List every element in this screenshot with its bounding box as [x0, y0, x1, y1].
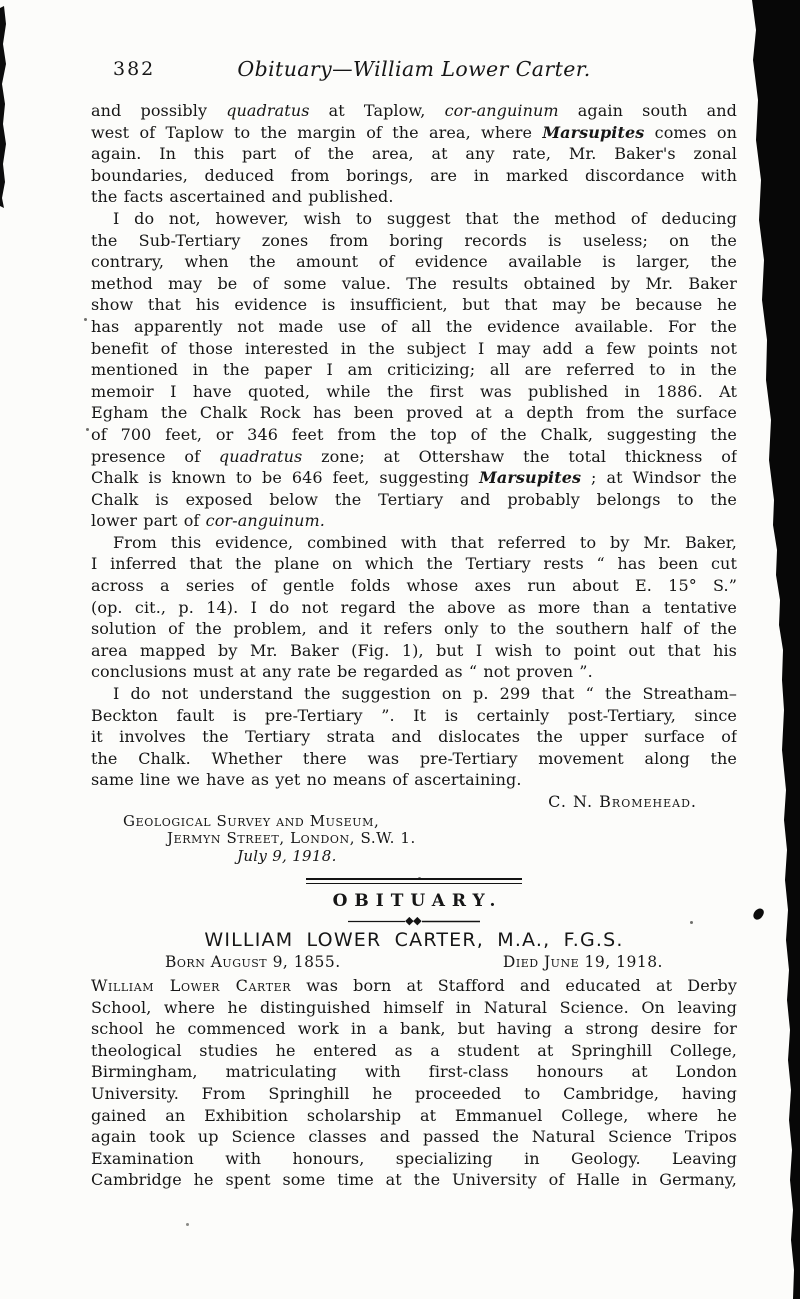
obituary-section-title: OBITUARY.: [91, 891, 737, 911]
text-line: William Lower Carter was born at Staffor…: [91, 975, 737, 997]
text-line: has apparently not made use of all the e…: [91, 316, 737, 338]
section-divider-double-rule: [306, 878, 522, 884]
text-line: conclusions must at any rate be regarded…: [91, 661, 737, 683]
text-line: solution of the problem, and it refers o…: [91, 618, 737, 640]
text-line: theological studies he entered as a stud…: [91, 1040, 737, 1062]
address-block: Geological Survey and Museum, Jermyn Str…: [91, 813, 737, 866]
text-line: the facts ascertained and published.: [91, 186, 737, 208]
address-line: Jermyn Street, London, S.W. 1.: [91, 830, 737, 848]
text-line: contrary, when the amount of evidence av…: [91, 251, 737, 273]
text-line: Chalk is exposed below the Tertiary and …: [91, 489, 737, 511]
ink-speck: [84, 318, 87, 321]
text-line: Examination with honours, specializing i…: [91, 1148, 737, 1170]
text-line: across a series of gentle folds whose ax…: [91, 575, 737, 597]
ornament-rule: [91, 916, 737, 925]
text-line: gained an Exhibition scholarship at Emma…: [91, 1105, 737, 1127]
text-column: 382 Obituary—William Lower Carter. and p…: [91, 57, 737, 1191]
text-line: it involves the Tertiary strata and disl…: [91, 726, 737, 748]
text-line: the Chalk. Whether there was pre-Tertiar…: [91, 748, 737, 770]
text-line: I do not, however, wish to suggest that …: [91, 208, 737, 230]
text-line: area mapped by Mr. Baker (Fig. 1), but I…: [91, 640, 737, 662]
page-header: 382 Obituary—William Lower Carter.: [91, 57, 737, 81]
text-line: of 700 feet, or 346 feet from the top of…: [91, 424, 737, 446]
born-date: Born August 9, 1855.: [165, 952, 341, 973]
author-signature: C. N. Bromehead.: [91, 791, 737, 813]
paragraph: and possibly quadratus at Taplow, cor-an…: [91, 100, 737, 208]
text-line: boundaries, deduced from borings, are in…: [91, 165, 737, 187]
text-line: lower part of cor-anguinum.: [91, 510, 737, 532]
ornament-rule-icon: [348, 917, 480, 926]
text-line: presence of quadratus zone; at Ottershaw…: [91, 446, 737, 468]
page-number: 382: [113, 57, 155, 81]
address-date-line: July 9, 1918.: [91, 848, 737, 866]
text-line: School, where he distinguished himself i…: [91, 997, 737, 1019]
text-line: Chalk is known to be 646 feet, suggestin…: [91, 467, 737, 489]
scan-gutter-shadow-right: [740, 0, 800, 1299]
ink-speck: [186, 1223, 189, 1226]
text-line: again took up Science classes and passed…: [91, 1126, 737, 1148]
died-date: Died June 19, 1918.: [503, 952, 663, 973]
text-line: the Sub-Tertiary zones from boring recor…: [91, 230, 737, 252]
text-line: benefit of those interested in the subje…: [91, 338, 737, 360]
text-line: method may be of some value. The results…: [91, 273, 737, 295]
text-line: University. From Springhill he proceeded…: [91, 1083, 737, 1105]
obituary-name-heading: WILLIAM LOWER CARTER, M.A., F.G.S.: [91, 928, 737, 952]
text-line: I inferred that the plane on which the T…: [91, 553, 737, 575]
text-line: Cambridge he spent some time at the Univ…: [91, 1169, 737, 1191]
paragraph: I do not understand the suggestion on p.…: [91, 683, 737, 791]
ink-speck: [86, 428, 89, 431]
text-line: Egham the Chalk Rock has been proved at …: [91, 402, 737, 424]
divider-rule-bottom: [306, 883, 522, 885]
text-line: again. In this part of the area, at any …: [91, 143, 737, 165]
divider-rule-top: [306, 878, 522, 880]
paragraph: From this evidence, combined with that r…: [91, 532, 737, 683]
text-line: mentioned in the paper I am criticizing;…: [91, 359, 737, 381]
paragraph: I do not, however, wish to suggest that …: [91, 208, 737, 532]
text-line: west of Taplow to the margin of the area…: [91, 122, 737, 144]
address-line: Geological Survey and Museum,: [91, 813, 737, 831]
text-line: Birmingham, matriculating with first-cla…: [91, 1061, 737, 1083]
scanned-page: 382 Obituary—William Lower Carter. and p…: [0, 0, 800, 1299]
text-line: and possibly quadratus at Taplow, cor-an…: [91, 100, 737, 122]
obituary-paragraph: William Lower Carter was born at Staffor…: [91, 975, 737, 1191]
text-line: show that his evidence is insufficient, …: [91, 294, 737, 316]
text-line: Beckton fault is pre-Tertiary ”. It is c…: [91, 705, 737, 727]
text-line: memoir I have quoted, while the first wa…: [91, 381, 737, 403]
text-line: same line we have as yet no means of asc…: [91, 769, 737, 791]
born-died-row: Born August 9, 1855. Died June 19, 1918.: [91, 952, 737, 973]
text-line: From this evidence, combined with that r…: [91, 532, 737, 554]
running-title: Obituary—William Lower Carter.: [91, 57, 737, 81]
text-line: (op. cit., p. 14). I do not regard the a…: [91, 597, 737, 619]
text-line: school he commenced work in a bank, but …: [91, 1018, 737, 1040]
scan-edge-mark-left: [0, 6, 9, 216]
article-body: and possibly quadratus at Taplow, cor-an…: [91, 100, 737, 1191]
text-line: I do not understand the suggestion on p.…: [91, 683, 737, 705]
